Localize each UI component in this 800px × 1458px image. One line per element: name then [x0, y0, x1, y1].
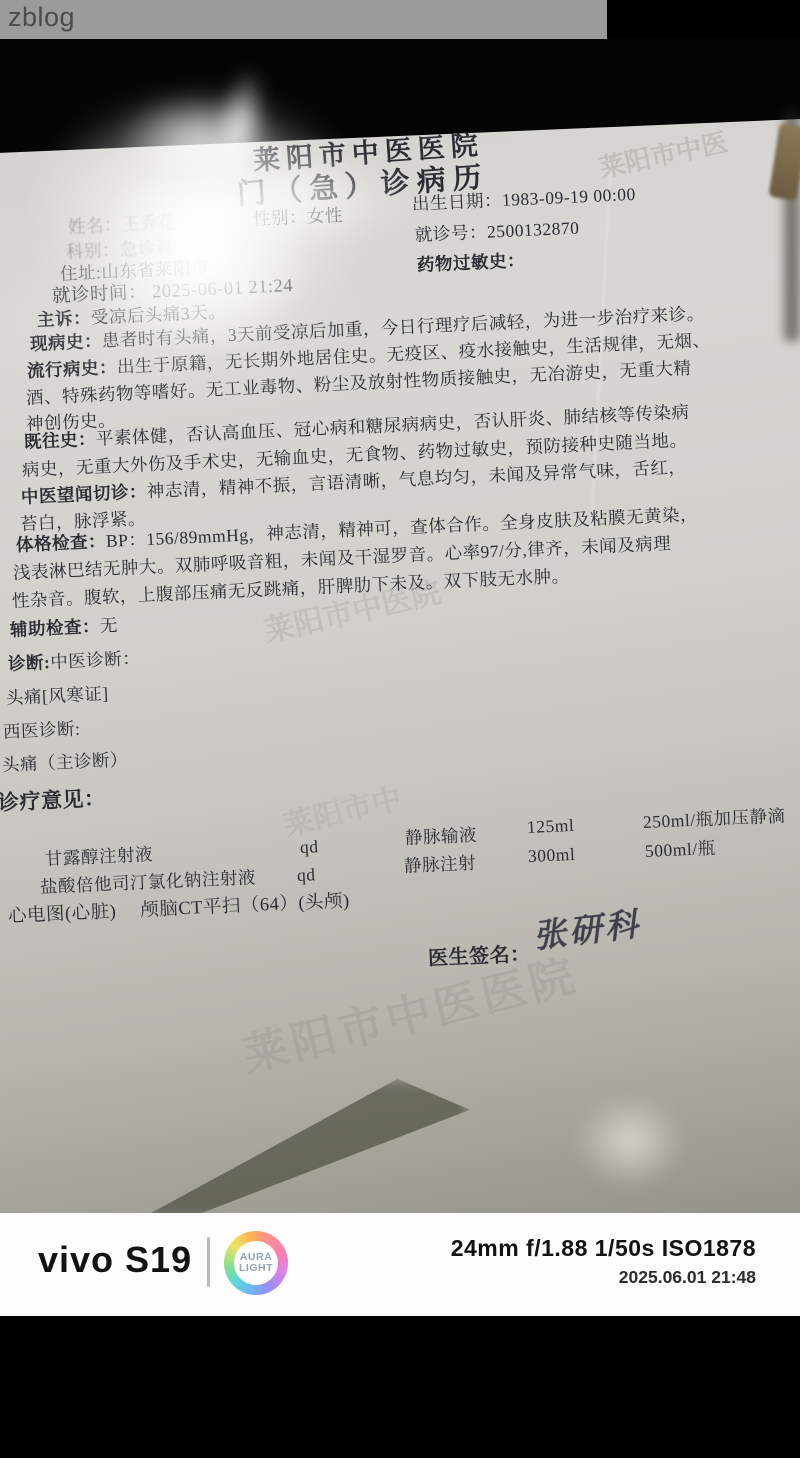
aura-light-badge: AURA LIGHT [234, 1241, 278, 1285]
page: zblog 莱阳市中医 莱阳市中医院 莱阳市中 莱阳市中医医院 莱阳市中医医院 … [0, 0, 800, 1458]
order-route: 静脉输液 [404, 822, 477, 850]
doc-line: 辅助检查：无 [9, 612, 118, 642]
site-header: zblog [0, 0, 607, 39]
exif-info: 24mm f/1.88 1/50s ISO1878 [451, 1235, 756, 1262]
site-title[interactable]: zblog [8, 2, 75, 33]
doc-line: 西医诊断: [2, 716, 80, 744]
allergy-history: 药物过敏史： [416, 247, 525, 277]
bottom-letterbox [0, 1316, 800, 1458]
order-dose: 300ml [528, 844, 576, 867]
separator [207, 1237, 210, 1287]
camera-watermark-bar: vivo S19 AURA LIGHT 24mm f/1.88 1/50s IS… [0, 1213, 800, 1318]
order-spec: 500ml/瓶 [644, 835, 716, 863]
paper-highlight [575, 1094, 685, 1189]
order-dose: 125ml [527, 815, 575, 838]
document-photo: 莱阳市中医 莱阳市中医院 莱阳市中 莱阳市中医医院 莱阳市中医医院 门（急）诊病… [0, 39, 800, 1213]
photo-datetime: 2025.06.01 21:48 [619, 1267, 756, 1288]
order-name: 甘露醇注射液 [44, 841, 153, 871]
order-frequency: qd [297, 864, 316, 886]
aura-light-logo-icon: AURA LIGHT [224, 1231, 288, 1295]
doc-line: 诊疗意见： [0, 782, 106, 817]
order-frequency: qd [300, 836, 319, 858]
camera-brand: vivo S19 [38, 1239, 192, 1281]
order-route: 静脉注射 [403, 850, 476, 878]
signature-label: 医生签名： [427, 937, 531, 971]
doc-line: 头痛[风寒证] [5, 680, 109, 710]
top-bar: zblog [0, 0, 800, 39]
